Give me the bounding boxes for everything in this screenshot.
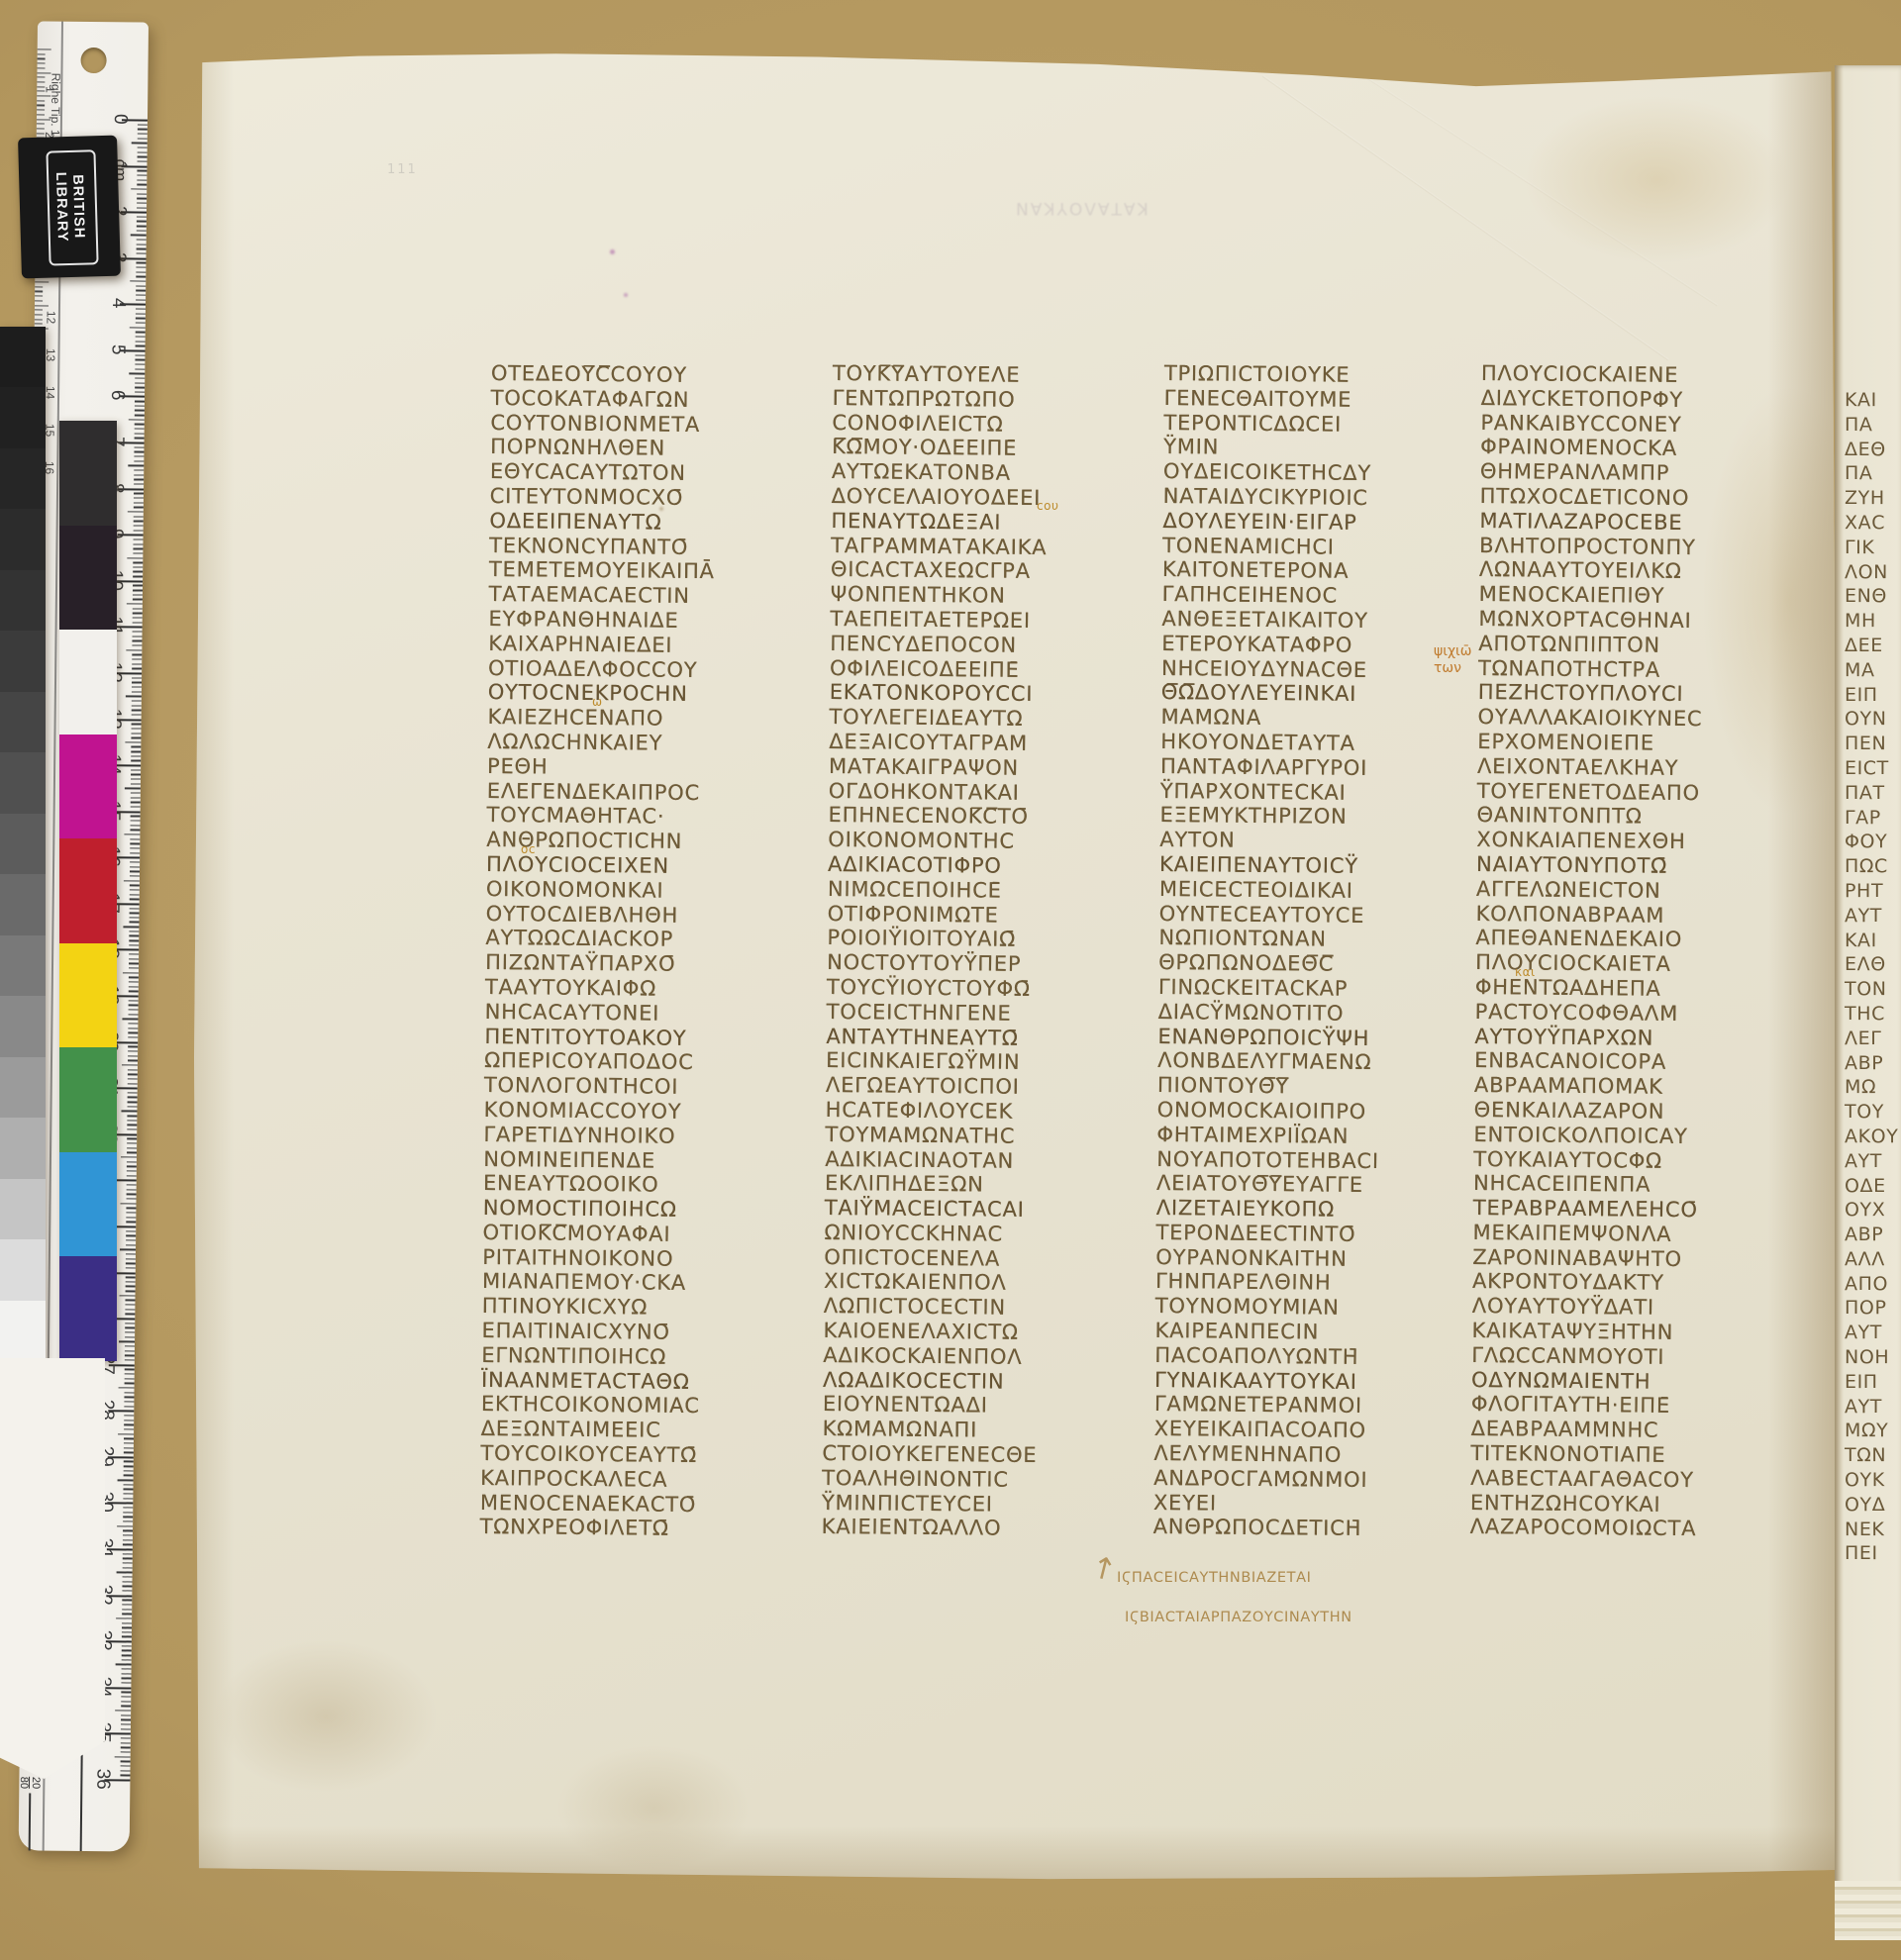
mm-tick [125,1323,135,1323]
mm-tick [133,618,143,619]
manuscript-line: ΤΟΥΕΓΕΝΕΤΟΔΕΑΠΟ [1477,779,1704,806]
manuscript-line: ΠΙΟΝΤΟΥΘ̅Υ̅ [1157,1073,1380,1100]
mini-tick [35,295,43,296]
manuscript-line: ΚΑΙΕΙΕΝΤΩΑΛΛΟ [822,1515,1038,1541]
mm-tick [130,861,140,862]
next-folio-line: ΟΥΧ [1845,1198,1898,1223]
manuscript-line: ΟΝΟΜΟϹΚΑΙΟΙΠΡΟ [1157,1098,1380,1125]
manuscript-line: ΤΑΓΡΑΜΜΑΤΑΚΑΙΚΑ [831,534,1047,560]
mm-tick [135,391,145,392]
manuscript-line: ΛΑΒΕϹΤΑΑΓΑΘΑϹΟΥ [1470,1466,1697,1493]
manuscript-line: ΕΓΝΩΝΤΙΠΟΙΗϹΩ [481,1343,707,1370]
side-number: 13 [44,348,57,362]
mm-tick [124,1470,134,1471]
color-patch-green [59,1047,117,1152]
mm-tick [134,507,144,508]
manuscript-line: ΫΜΙΝ [1163,435,1386,461]
manuscript-line: ΟΤΙΟΚ̅Ϲ̅ΜΟΥΑΦΑΙ [482,1221,708,1247]
gray-step [0,752,46,813]
manuscript-line: ΑΥΤΩΕΚΑΤΟΝΒΑ [832,459,1048,486]
manuscript-line: ΝΑΙΑΥΤΟΝΥΠΟΤΩ̄ [1476,852,1703,879]
mm-tick [124,1428,134,1429]
color-patch-yellow [59,943,117,1048]
mm-tick [130,871,140,872]
mm-tick [124,1415,134,1416]
mm-tick [136,332,146,333]
mm-tick [126,1212,136,1213]
mm-tick [137,221,147,222]
mm-tick [122,1673,132,1674]
bottom-margin-notes: ↑ ΙϚΠΑϹΕΙϹΑΥΤΗΝΒΙΑΖΕΤΑΙ ΙϚΒΙΑϹΤΑΙΑΡΠΑΖΟΥ… [1091,1558,1352,1637]
mm-tick [134,502,144,503]
mm-tick [124,1392,134,1393]
mm-tick [122,1631,132,1632]
manuscript-line: ΜΑΤΙΛΑΖΑΡΟϹΕΒΕ [1479,509,1706,536]
mm-tick [130,838,140,839]
manuscript-line: ΕΝΕΑΥΤΩΟΟΙΚΟ [483,1171,709,1198]
mm-tick [125,1383,135,1384]
mm-tick [123,1567,133,1568]
mm-tick [125,1327,135,1328]
mm-tick [134,521,144,522]
mm-tick [132,640,142,641]
mm-tick [135,382,145,383]
manuscript-line: ΑΒΡΑΑΜΑΠΟΜΑΚ [1474,1073,1701,1100]
gray-step [0,996,46,1056]
manuscript-line: ΟΤΙΟΑΔΕΛΦΟϹϹΟΥ [488,656,714,683]
manuscript-line: ΑΓΓΕΛΩΝΕΙϹΤΟΝ [1476,877,1703,904]
mm-tick [127,1138,137,1139]
mm-tick [135,415,145,416]
manuscript-line: ΛΕΓΩΕΑΥΤΟΙϹΠΟΙ [826,1073,1042,1100]
manuscript-line: ΟΤΙΦΡΟΝΙΜΩΤΕ [828,902,1044,929]
next-folio-line: ΑΒΡ [1845,1223,1898,1247]
mm-tick [121,1682,131,1683]
mm-tick [134,451,144,452]
mm-tick [125,1345,135,1346]
mm-tick [134,469,144,470]
next-folio-line: ΤΟΥ [1845,1100,1898,1125]
manuscript-line: ΓΙΝΩϹΚΕΙΤΑϹΚΑΡ [1158,975,1381,1002]
mm-tick [133,613,143,614]
mm-tick [123,1507,133,1508]
manuscript-line: ΤΟΥΚΑΙΑΥΤΟϹΦΩ [1473,1146,1700,1173]
mm-tick [128,1078,138,1079]
manuscript-line: ΤΕΡΟΝΤΙϹΔΩϹΕΙ [1163,411,1386,438]
manuscript-line: ΓΥΝΑΙΚΑΑΥΤΟΥΚΑΙ [1154,1368,1377,1395]
mm-tick [138,129,148,130]
next-folio-line: ΕΝΘ [1845,584,1898,609]
color-patch-white [59,630,117,735]
mm-tick [124,1475,134,1476]
manuscript-line: ΩΝΙΟΥϹϹΚΗΝΑϹ [824,1221,1040,1247]
mm-tick [133,594,143,595]
mm-tick [129,935,139,936]
manuscript-line: ϹΙΤΕΥΤΟΝΜΟϹΧΟ̄ [490,484,716,511]
manuscript-line: ΧΙϹΤΩΚΑΙΕΝΠΟΛ [824,1269,1040,1296]
mm-tick [127,1184,137,1185]
mm-tick [123,1539,133,1540]
mm-tick [126,1281,136,1282]
mm-tick [138,147,148,147]
manuscript-line: ΑΠΟΤΩΝΠΙΠΤΟΝ [1478,632,1705,658]
interlinear-correction: ω [592,695,603,709]
manuscript-line: ΡΕΘΗ [487,754,713,781]
mm-tick [131,760,141,761]
mm-tick [117,1572,133,1574]
mm-tick [132,668,142,669]
mm-tick [127,557,143,559]
mm-tick [134,446,144,447]
mm-tick [124,833,140,835]
mini-tick [37,124,45,125]
color-patch-black-violet [59,526,117,631]
mm-tick [132,700,142,701]
mm-tick [136,341,146,342]
tag-text: BRITISH LIBRARY [51,171,87,243]
mm-tick [130,280,146,282]
manuscript-line: ϹΤΟΙΟΥΚΕΓΕΝΕϹΘΕ [822,1441,1038,1468]
manuscript-line: ΑΥΤΟΥΫΠΑΡΧΩΝ [1474,1024,1701,1050]
mm-tick [126,1217,136,1218]
manuscript-line: ΔΕΑΒΡΑΑΜΜΝΗϹ [1471,1417,1698,1443]
mm-tick [134,455,144,456]
mm-tick [134,525,144,526]
mm-tick [132,686,142,687]
mm-tick [131,793,141,794]
mm-tick [126,1244,136,1245]
mm-tick [120,1770,130,1771]
mm-tick [125,741,141,743]
mm-tick [122,1590,132,1591]
mm-tick [136,322,146,323]
mm-tick [124,1466,134,1467]
mm-tick [131,779,141,780]
next-folio-line: ΧΑϹ [1845,511,1898,536]
mini-tick [38,53,46,54]
mm-tick [131,737,141,738]
manuscript-line: ΝΗϹΑϹΕΙΠΕΝΠΑ [1473,1171,1700,1198]
mm-tick [134,493,144,494]
mm-tick [126,1253,136,1254]
manuscript-line: ΓΕΝΕϹΘΑΙΤΟΥΜΕ [1164,386,1387,413]
mm-tick [121,1751,131,1752]
manuscript-line: ΠΑΝΤΑΦΙΛΑΡΓΥΡΟΙ [1160,754,1383,781]
cm-number: 4 [107,291,129,315]
show-through-text: ΚΑΤΑΛΟΥΚΑΝ [1014,198,1149,218]
mm-tick [122,1655,132,1656]
color-patch-magenta [59,735,117,839]
mm-tick [137,170,147,171]
mm-tick [128,1060,138,1061]
next-folio-line: ΡΗΤ [1845,879,1898,904]
mm-tick [137,230,147,231]
mm-tick [136,318,146,319]
mm-tick [130,852,140,853]
manuscript-line: ΑΝΘΡΩΠΟϹΔΕΤΙϹΗ̄ [1153,1515,1376,1541]
mm-tick [124,1484,134,1485]
next-folio-line: ΚΑΙ [1845,929,1898,953]
next-folio-line: ΤΟΝ [1845,977,1898,1002]
mm-tick [115,1756,131,1758]
mm-tick [126,1258,136,1259]
mini-tick [37,110,45,111]
manuscript-line: ΒΛΗΤΟΠΡΟϹΤΟΝΠΥ [1479,534,1706,560]
mm-tick [135,405,145,406]
next-folio-line: ΜΩ [1845,1075,1898,1100]
text-column-2: ΤΟΥΚ̅Υ̅ΑΥΤΟΥΕΛΕΓΕΝΤΩΠΡΩΤΩΠΟϹΟΝΟΦΙΛΕΙϹΤΩΚ… [822,361,1050,1541]
manuscript-line: ΚΑΙΤΟΝΕΤΕΡΟΝΑ [1162,557,1385,584]
mm-tick [125,1331,135,1332]
mm-tick [120,1775,130,1776]
mm-tick [121,1728,131,1729]
manuscript-line: Θ̅Ω̅ΔΟΥΛΕΥΕΙΝΚΑΙ [1161,680,1384,707]
mm-tick [133,566,143,567]
mini-tick [37,95,50,96]
mm-tick [131,733,141,734]
manuscript-line: ΤΙΤΕΚΝΟΝΟΤΙΑΠΕ [1470,1441,1697,1468]
manuscript-line: ΠΕΖΗϹΤΟΥΠΛΟΥϹΙ [1478,680,1705,707]
manuscript-line: ΕΚΤΗϹΟΙΚΟΝΟΜΙΑϹ [481,1392,707,1419]
manuscript-line: ΚΑΙΡΕΑΝΠΕϹΙΝ [1154,1319,1377,1345]
manuscript-line: ΓΕΝΤΩΠΡΩΤΩΠΟ [833,386,1049,413]
mm-tick [132,691,142,692]
mm-tick [127,1120,137,1121]
manuscript-line: ΑΥΤΟΝ [1159,828,1382,854]
manuscript-line: ΝΩΠΙΟΝΤΩΝΑΝ [1158,926,1381,952]
mm-tick [138,133,148,134]
manuscript-line: ΕΙϹΙΝΚΑΙΕΓΩΫΜΙΝ [826,1048,1042,1075]
mm-tick [132,728,142,729]
next-folio-line: ΝΕΚ [1845,1518,1898,1542]
mm-tick [133,562,143,563]
mm-tick [132,677,142,678]
mm-tick [136,262,146,263]
next-folio-line: ΠΕΙ [1845,1541,1898,1566]
mm-tick [122,1600,132,1601]
mm-tick [128,465,144,467]
manuscript-line: ΤΟΥΝΟΜΟΥΜΙΑΝ [1155,1294,1378,1321]
mm-tick [119,1341,135,1343]
mm-tick [129,419,145,421]
mm-tick [135,429,145,430]
manuscript-line: ϹΟΝΟΦΙΛΕΙϹΤΩ [832,411,1048,438]
next-folio-line: ΜΑ [1845,658,1898,683]
manuscript-line: ΫΜΙΝΠΙϹΤΕΥϹΕΙ [822,1491,1038,1518]
next-folio-line: ΠΑ [1845,461,1898,486]
mm-tick [138,138,148,139]
mm-tick [123,927,139,929]
mm-tick [128,1036,138,1037]
mm-tick [126,1291,136,1292]
next-folio-line: ΦΟΥ [1845,830,1898,854]
mm-tick [137,174,147,175]
mm-tick [126,1239,136,1240]
mm-tick [127,1116,137,1117]
mm-tick [122,1604,132,1605]
mm-tick [121,1111,137,1113]
ruler-hole [80,48,106,73]
mm-tick [129,931,139,931]
mm-tick [125,1369,135,1370]
mm-tick [129,940,139,941]
mm-tick [125,1336,135,1337]
mini-tick [37,114,45,115]
interlinear-correction: ϲου [1037,499,1058,513]
mini-tick [37,105,45,106]
manuscript-line: ΤΟϹΟΚΑΤΑΦΑΓΩΝ [491,386,717,413]
mm-tick [134,516,144,517]
mm-tick [131,820,141,821]
manuscript-line: ΟΦΙΛΕΙϹΟΔΕΕΙΠΕ̄ [830,656,1046,683]
mm-tick [123,1553,133,1554]
mm-tick [123,1558,133,1559]
mm-tick [123,1520,133,1521]
mm-tick [129,967,139,968]
mini-tick [35,310,43,311]
mm-tick [125,1378,135,1379]
mm-tick [130,327,146,329]
next-folio-line: ΑΛΛ [1845,1247,1898,1272]
mm-tick [134,530,144,531]
manuscript-line: ΤΡΙΩΠΙϹΤΟΙΟΥΚΕ [1164,361,1387,388]
mm-tick [133,548,143,549]
manuscript-line: ΘΕΝΚΑΙΛΑΖΑΡΟΝ [1474,1098,1701,1125]
mm-tick [125,1355,135,1356]
mm-tick [130,825,140,826]
mini-tick [37,128,45,129]
mm-tick [122,1627,132,1628]
next-folio-line: ΟΥΔ [1845,1493,1898,1518]
manuscript-line: ΓΑΜΩΝΕΤΕΡΑΝΜΟΙ [1154,1392,1377,1419]
mm-tick [124,1461,134,1462]
manuscript-line: ΤΟΝΕΝΑΜΙϹΗϹΙ [1162,534,1385,560]
mm-tick [129,991,139,992]
pencil-mark: 111 [387,162,418,177]
mm-tick [132,663,142,664]
mm-tick [127,1189,137,1190]
manuscript-line: ΠΛΟΥϹΙΟϹΚΑΙΕΝΕ [1481,361,1708,388]
mm-tick [133,631,143,632]
manuscript-line: ΕΘΥϹΑϹΑΥΤΩΤΟΝ [490,459,716,486]
mm-tick [135,359,145,360]
color-patch-blue-violet [59,1256,117,1361]
mm-tick [125,1314,135,1315]
mm-tick [121,1761,131,1762]
gray-step [0,1301,46,1361]
mm-tick [137,244,147,245]
side-number: 12 [44,311,57,325]
mm-tick [119,1387,135,1389]
manuscript-line: ΠΕΝΑΥΤΩΔΕΞΑΙ [831,509,1047,536]
white-cover-strip [0,1358,105,1779]
mm-tick [136,299,146,300]
mm-tick [132,710,142,711]
mini-tick [38,63,46,64]
mm-tick [126,1267,136,1268]
mm-tick [126,1235,136,1236]
mm-tick [132,654,142,655]
mm-tick [127,1161,137,1162]
mm-tick [121,1719,131,1720]
mm-tick [131,806,141,807]
mm-tick [135,377,145,378]
next-folio-line: ΛΕΓ [1845,1027,1898,1051]
manuscript-line: ΠΛΟΥϹΙΟϹΚΑΙΕΤΑ [1475,950,1702,977]
mm-tick [135,368,145,369]
mm-tick [123,1512,133,1513]
mm-tick [123,1517,133,1518]
marginal-gloss-line: των [1434,660,1472,677]
next-folio-line: ΠΕΝ [1845,732,1898,756]
manuscript-line: ΜΕΙϹΕϹΤΕΟΙΔΙΚΑΙ [1159,877,1382,904]
next-folio-line: ΠΟΡ [1845,1296,1898,1321]
manuscript-line: ΟΤΕΔΕΟΥ̅Ϲ̅ϹΟΥΟΥ [491,361,717,388]
mm-tick [129,1009,139,1010]
gray-step [0,1239,46,1300]
next-folio-line: ΤΗϹ [1845,1002,1898,1027]
mm-tick [128,1032,138,1033]
manuscript-line: ΟΥΡΑΝΟΝΚΑΙΤΗΝ [1155,1245,1378,1272]
manuscript-line: ΡΙΤΑΙΤΗΝΟΙΚΟΝΟ [482,1245,708,1272]
manuscript-line: ΕΡΧΟΜΕΝΟΙΕΠΕ [1477,730,1704,756]
gray-step [0,387,46,447]
manuscript-line: ΕΠΑΙΤΙΝΑΙϹΧΥΝΟ̄ [481,1319,707,1345]
color-patch-cyan [59,1152,117,1257]
mini-tick [35,324,43,325]
mm-tick [137,193,147,194]
mini-tick [35,300,43,301]
manuscript-line: ΕΝΑΝΘΡΩΠΟΙϹΫΨΗ [1157,1024,1380,1050]
mm-tick [137,226,147,227]
mm-tick [122,1586,132,1587]
manuscript-line: ϹΟΥΤΟΝΒΙΟΝΜΕΤΑ [490,411,716,438]
mm-tick [118,1479,134,1481]
mm-tick [138,160,148,161]
mm-tick [127,1175,137,1176]
manuscript-line: ΔΙΑϹΫΜΩΝΟΤΙΤΟ [1158,1000,1381,1027]
next-folio-line: ΠΩϹ [1845,854,1898,879]
manuscript-line: ΗΚΟΥΟΝΔΕΤΑΥΤΑ [1160,730,1383,756]
mm-tick [133,543,143,544]
mm-tick [132,636,142,637]
manuscript-line: ΑΝΔΡΟϹΓΑΜΩΝΜΟΙ [1153,1466,1376,1493]
mini-tick [37,77,45,78]
interlinear-correction: και [1515,965,1536,979]
mm-tick [137,240,147,241]
mm-tick [118,1433,134,1435]
manuscript-line: ΔΟΥϹΕΛΑΙΟΥΟΔΕΕΙ [832,484,1048,511]
text-column-3: ΤΡΙΩΠΙϹΤΟΙΟΥΚΕΓΕΝΕϹΘΑΙΤΟΥΜΕΤΕΡΟΝΤΙϹΔΩϹΕΙ… [1153,361,1387,1541]
next-folio-line: ΚΑΙ [1845,388,1898,413]
manuscript-line: ΤΕΡΟΝΔΕΕϹΤΙΝΤΟ̄ [1155,1221,1378,1247]
mm-tick [123,1530,133,1531]
mm-tick [121,1678,131,1679]
manuscript-line: ΦΡΑΙΝΟΜΕΝΟϹΚΑ [1480,435,1707,461]
mm-tick [122,1614,132,1615]
mm-tick [123,1534,133,1535]
margin-note-line: ΙϚΠΑϹΕΙϹΑΥΤΗΝΒΙΑΖΕΤΑΙ [1117,1558,1352,1598]
gray-step [0,448,46,509]
mm-tick [134,497,144,498]
gray-step [0,509,46,569]
mm-tick [128,1046,138,1047]
side-number: 1 [44,86,57,93]
next-folio-line: ΔΕΘ [1845,438,1898,462]
gray-step [0,570,46,631]
page-stack-edges [1835,1881,1901,1940]
mm-tick [117,1525,133,1527]
